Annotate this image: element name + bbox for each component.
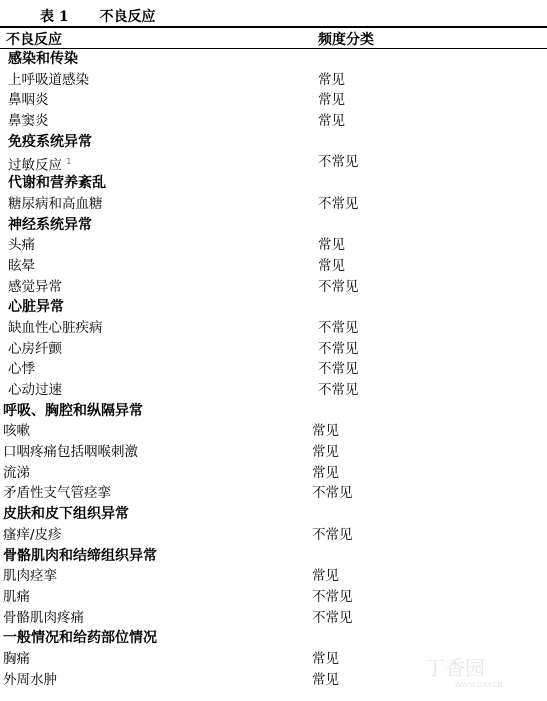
table-row: 心房纤颤不常见 — [0, 339, 547, 360]
table-row: 瘙痒/皮疹不常见 — [0, 525, 547, 546]
table-row: 鼻窦炎常见 — [0, 111, 547, 132]
frequency-value: 不常见 — [318, 152, 359, 173]
reaction-name: 肌痛 — [3, 587, 30, 608]
frequency-value: 不常见 — [318, 318, 359, 339]
reaction-name: 胸痛 — [3, 649, 30, 670]
table-row: 头痛常见 — [0, 235, 547, 256]
table-row: 心动过速不常见 — [0, 380, 547, 401]
reaction-name: 上呼吸道感染 — [8, 70, 89, 91]
reaction-name: 肌肉痉挛 — [3, 566, 57, 587]
frequency-value: 不常见 — [312, 525, 353, 546]
table-row: 缺血性心脏疾病不常见 — [0, 318, 547, 339]
frequency-value: 不常见 — [318, 380, 359, 401]
frequency-value: 不常见 — [318, 339, 359, 360]
category-name: 神经系统异常 — [8, 215, 92, 236]
frequency-value: 常见 — [312, 442, 339, 463]
frequency-value: 常见 — [318, 90, 345, 111]
category-row: 免疫系统异常 — [0, 132, 547, 153]
reaction-name: 咳嗽 — [3, 421, 30, 442]
caption-number: 1 — [59, 9, 69, 25]
category-row: 代谢和营养紊乱 — [0, 173, 547, 194]
frequency-value: 常见 — [318, 111, 345, 132]
frequency-value: 不常见 — [318, 359, 359, 380]
frequency-value: 常见 — [312, 421, 339, 442]
frequency-value: 常见 — [318, 235, 345, 256]
reaction-name: 骨骼肌肉疼痛 — [3, 608, 84, 629]
table-row: 口咽疼痛包括咽喉刺激常见 — [0, 442, 547, 463]
footnote-marker: 1 — [66, 157, 71, 166]
category-name: 呼吸、胸腔和纵隔异常 — [3, 401, 143, 422]
category-name: 皮肤和皮下组织异常 — [3, 504, 129, 525]
reaction-name: 瘙痒/皮疹 — [3, 525, 62, 546]
frequency-value: 不常见 — [312, 587, 353, 608]
category-row: 感染和传染 — [0, 49, 547, 70]
category-row: 呼吸、胸腔和纵隔异常 — [0, 401, 547, 422]
frequency-value: 常见 — [318, 70, 345, 91]
category-name: 心脏异常 — [8, 297, 64, 318]
table-row: 肌痛不常见 — [0, 587, 547, 608]
reaction-name: 外周水肿 — [3, 670, 57, 691]
frequency-value: 常见 — [312, 463, 339, 484]
table-body: 感染和传染上呼吸道感染常见鼻咽炎常见鼻窦炎常见免疫系统异常过敏反应 1不常见代谢… — [0, 49, 547, 690]
header-adverse-reaction: 不良反应 — [6, 29, 62, 49]
category-name: 一般情况和给药部位情况 — [3, 628, 157, 649]
category-name: 代谢和营养紊乱 — [8, 173, 106, 194]
reaction-name: 感觉异常 — [8, 277, 62, 298]
table-row: 鼻咽炎常见 — [0, 90, 547, 111]
frequency-value: 常见 — [318, 256, 345, 277]
reaction-name: 糖尿病和高血糖 — [8, 194, 103, 215]
frequency-value: 常见 — [312, 566, 339, 587]
category-row: 心脏异常 — [0, 297, 547, 318]
table-row: 糖尿病和高血糖不常见 — [0, 194, 547, 215]
reaction-name: 鼻咽炎 — [8, 90, 49, 111]
table-row: 过敏反应 1不常见 — [0, 152, 547, 173]
reaction-name: 心动过速 — [8, 380, 62, 401]
frequency-value: 不常见 — [312, 608, 353, 629]
reaction-name: 心悸 — [8, 359, 35, 380]
caption-title: 不良反应 — [100, 9, 156, 25]
frequency-value: 不常见 — [312, 483, 353, 504]
reaction-name: 矛盾性支气管痉挛 — [3, 483, 111, 504]
table-row: 矛盾性支气管痉挛不常见 — [0, 483, 547, 504]
reaction-name: 眩晕 — [8, 256, 35, 277]
table-row: 肌肉痉挛常见 — [0, 566, 547, 587]
reaction-name: 头痛 — [8, 235, 35, 256]
category-row: 一般情况和给药部位情况 — [0, 628, 547, 649]
reaction-name: 缺血性心脏疾病 — [8, 318, 103, 339]
frequency-value: 不常见 — [318, 194, 359, 215]
frequency-value: 常见 — [312, 670, 339, 691]
table-row: 骨骼肌肉疼痛不常见 — [0, 608, 547, 629]
reaction-name: 鼻窦炎 — [8, 111, 49, 132]
table-row: 心悸不常见 — [0, 359, 547, 380]
watermark-url: WWW.DXY.CN — [455, 681, 503, 689]
reaction-name: 心房纤颤 — [8, 339, 62, 360]
category-name: 骨骼肌肉和结缔组织异常 — [3, 546, 157, 567]
reaction-name: 口咽疼痛包括咽喉刺激 — [3, 442, 138, 463]
table-row: 咳嗽常见 — [0, 421, 547, 442]
watermark: 丁香园 WWW.DXY.CN — [425, 652, 503, 689]
table-top-rule — [0, 26, 547, 28]
table-row: 上呼吸道感染常见 — [0, 70, 547, 91]
reaction-name: 流涕 — [3, 463, 30, 484]
table-row: 感觉异常不常见 — [0, 277, 547, 298]
category-row: 皮肤和皮下组织异常 — [0, 504, 547, 525]
category-name: 感染和传染 — [8, 49, 78, 70]
table-caption: 表 1 不良反应 — [40, 6, 156, 26]
frequency-value: 不常见 — [318, 277, 359, 298]
caption-label: 表 — [40, 9, 54, 25]
frequency-value: 常见 — [312, 649, 339, 670]
watermark-brand: 丁香园 — [425, 656, 485, 680]
header-frequency: 频度分类 — [318, 29, 374, 49]
category-row: 骨骼肌肉和结缔组织异常 — [0, 546, 547, 567]
category-row: 神经系统异常 — [0, 215, 547, 236]
table-row: 眩晕常见 — [0, 256, 547, 277]
category-name: 免疫系统异常 — [8, 132, 92, 153]
table-row: 流涕常见 — [0, 463, 547, 484]
